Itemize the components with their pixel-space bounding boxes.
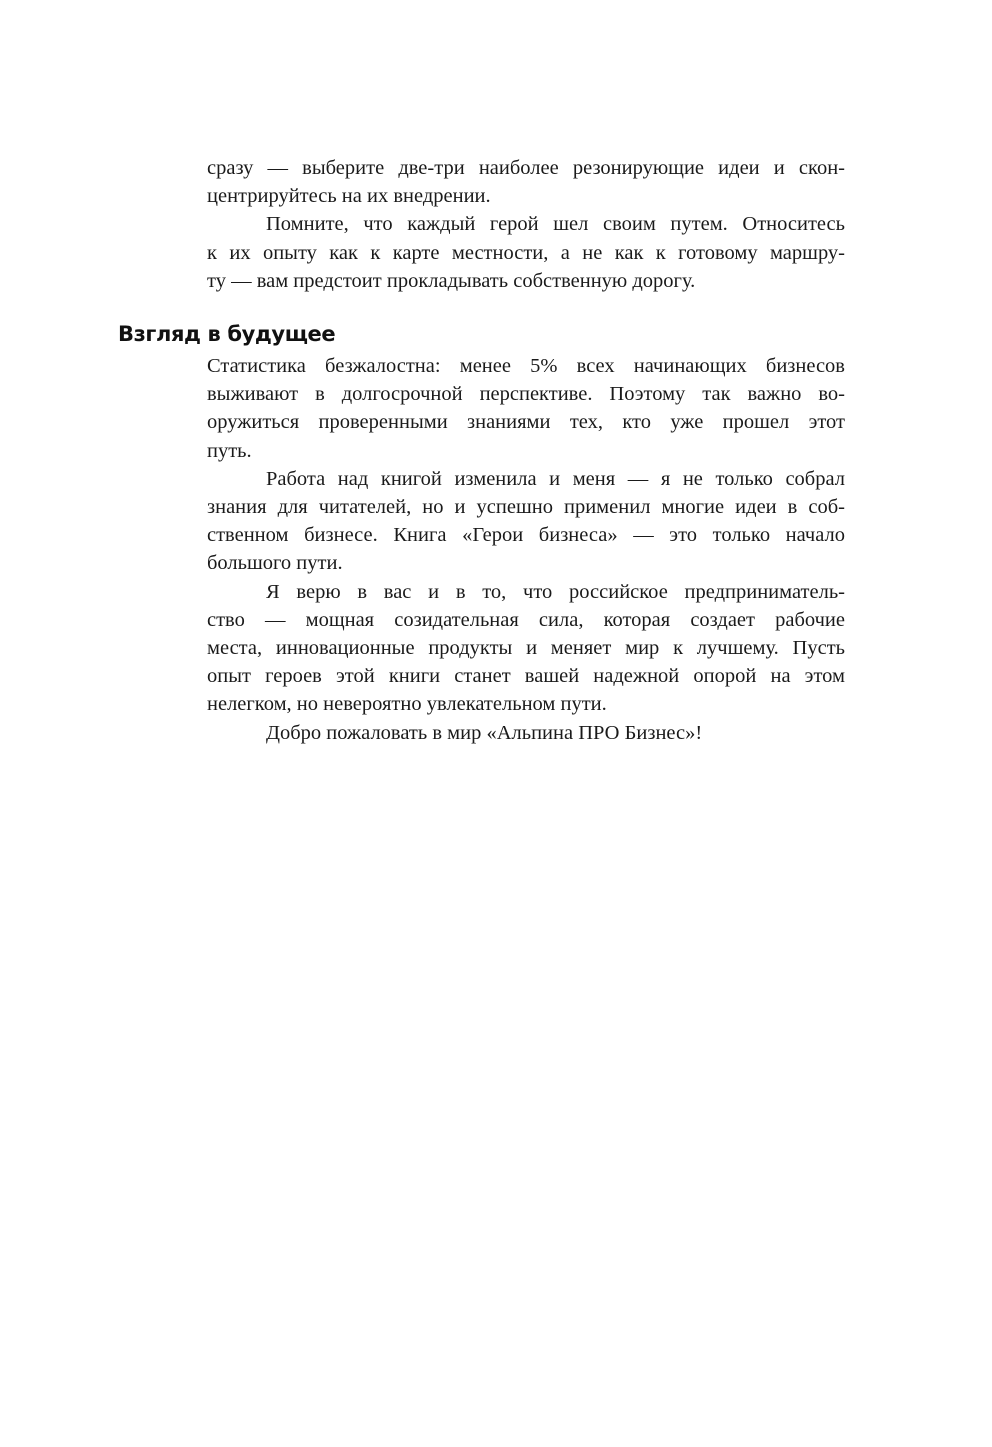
intro-text-block: сразу — выберите две-три наиболее резони… <box>207 154 845 295</box>
text-line: Помните, что каждый герой шел своим путе… <box>207 210 845 238</box>
text-line: ственном бизнесе. Книга «Герои бизнеса» … <box>207 521 845 549</box>
paragraph-book-work: Работа над книгой изменила и меня — я не… <box>207 465 845 578</box>
paragraph-belief: Я верю в вас и в то, что российское пред… <box>207 578 845 719</box>
paragraph-intro-2: Помните, что каждый герой шел своим путе… <box>207 210 845 295</box>
text-line: центрируйтесь на их внедрении. <box>207 182 845 210</box>
text-line: сразу — выберите две-три наиболее резони… <box>207 154 845 182</box>
paragraph-welcome: Добро пожаловать в мир «Альпина ПРО Бизн… <box>207 719 845 747</box>
text-line: Добро пожаловать в мир «Альпина ПРО Бизн… <box>207 719 845 747</box>
text-line: Работа над книгой изменила и меня — я не… <box>207 465 845 493</box>
text-line: знания для читателей, но и успешно приме… <box>207 493 845 521</box>
text-line: опыт героев этой книги станет вашей наде… <box>207 662 845 690</box>
text-line: нелегком, но невероятно увлекательном пу… <box>207 690 845 718</box>
text-line: большого пути. <box>207 549 845 577</box>
text-line: Статистика безжалостна: менее 5% всех на… <box>207 352 845 380</box>
text-line: Я верю в вас и в то, что российское пред… <box>207 578 845 606</box>
text-line: оружиться проверенными знаниями тех, кто… <box>207 408 845 436</box>
paragraph-statistics: Статистика безжалостна: менее 5% всех на… <box>207 352 845 465</box>
text-line: путь. <box>207 437 845 465</box>
section-text-block: Статистика безжалостна: менее 5% всех на… <box>207 352 845 747</box>
text-line: места, инновационные продукты и меняет м… <box>207 634 845 662</box>
text-line: выживают в долгосрочной перспективе. Поэ… <box>207 380 845 408</box>
paragraph-intro-1: сразу — выберите две-три наиболее резони… <box>207 154 845 210</box>
text-line: к их опыту как к карте местности, а не к… <box>207 239 845 267</box>
text-line: ту — вам предстоит прокладывать собствен… <box>207 267 845 295</box>
text-line: ство — мощная созидательная сила, котора… <box>207 606 845 634</box>
section-heading: Взгляд в будущее <box>118 319 335 349</box>
